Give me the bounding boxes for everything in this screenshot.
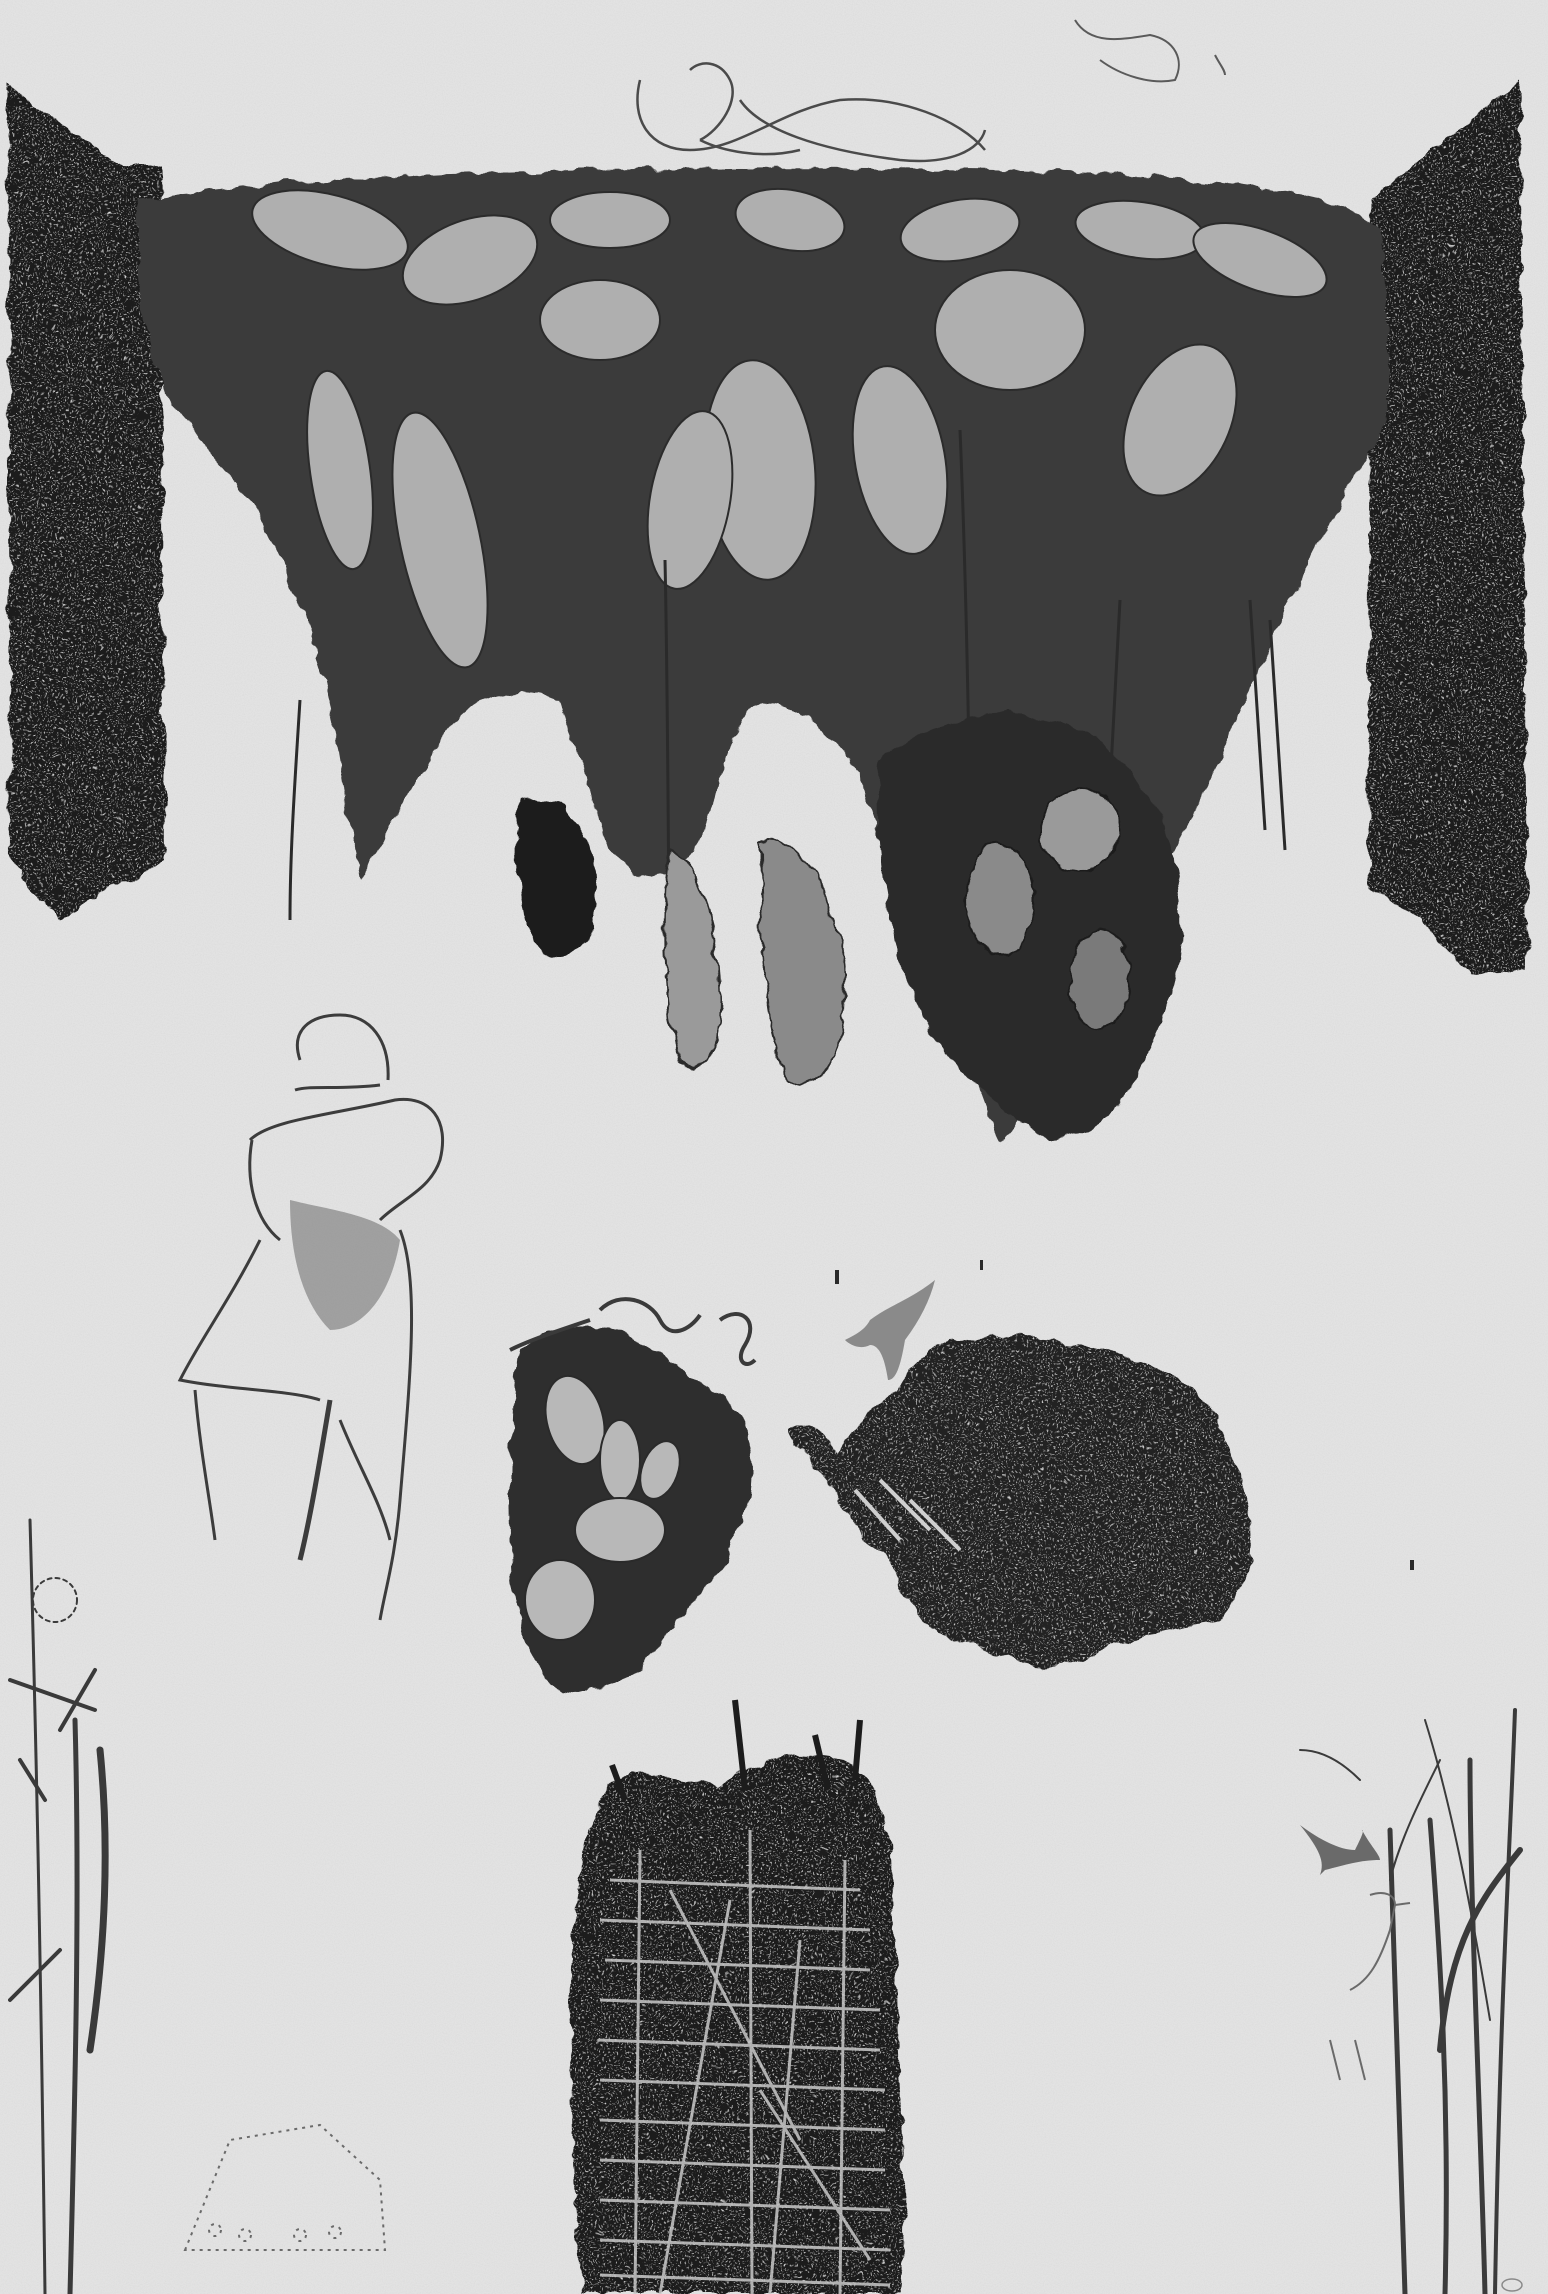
wicker-tower: [570, 1756, 904, 2294]
etching-artwork: [0, 0, 1548, 2294]
right-dark-panel: [1368, 80, 1528, 975]
